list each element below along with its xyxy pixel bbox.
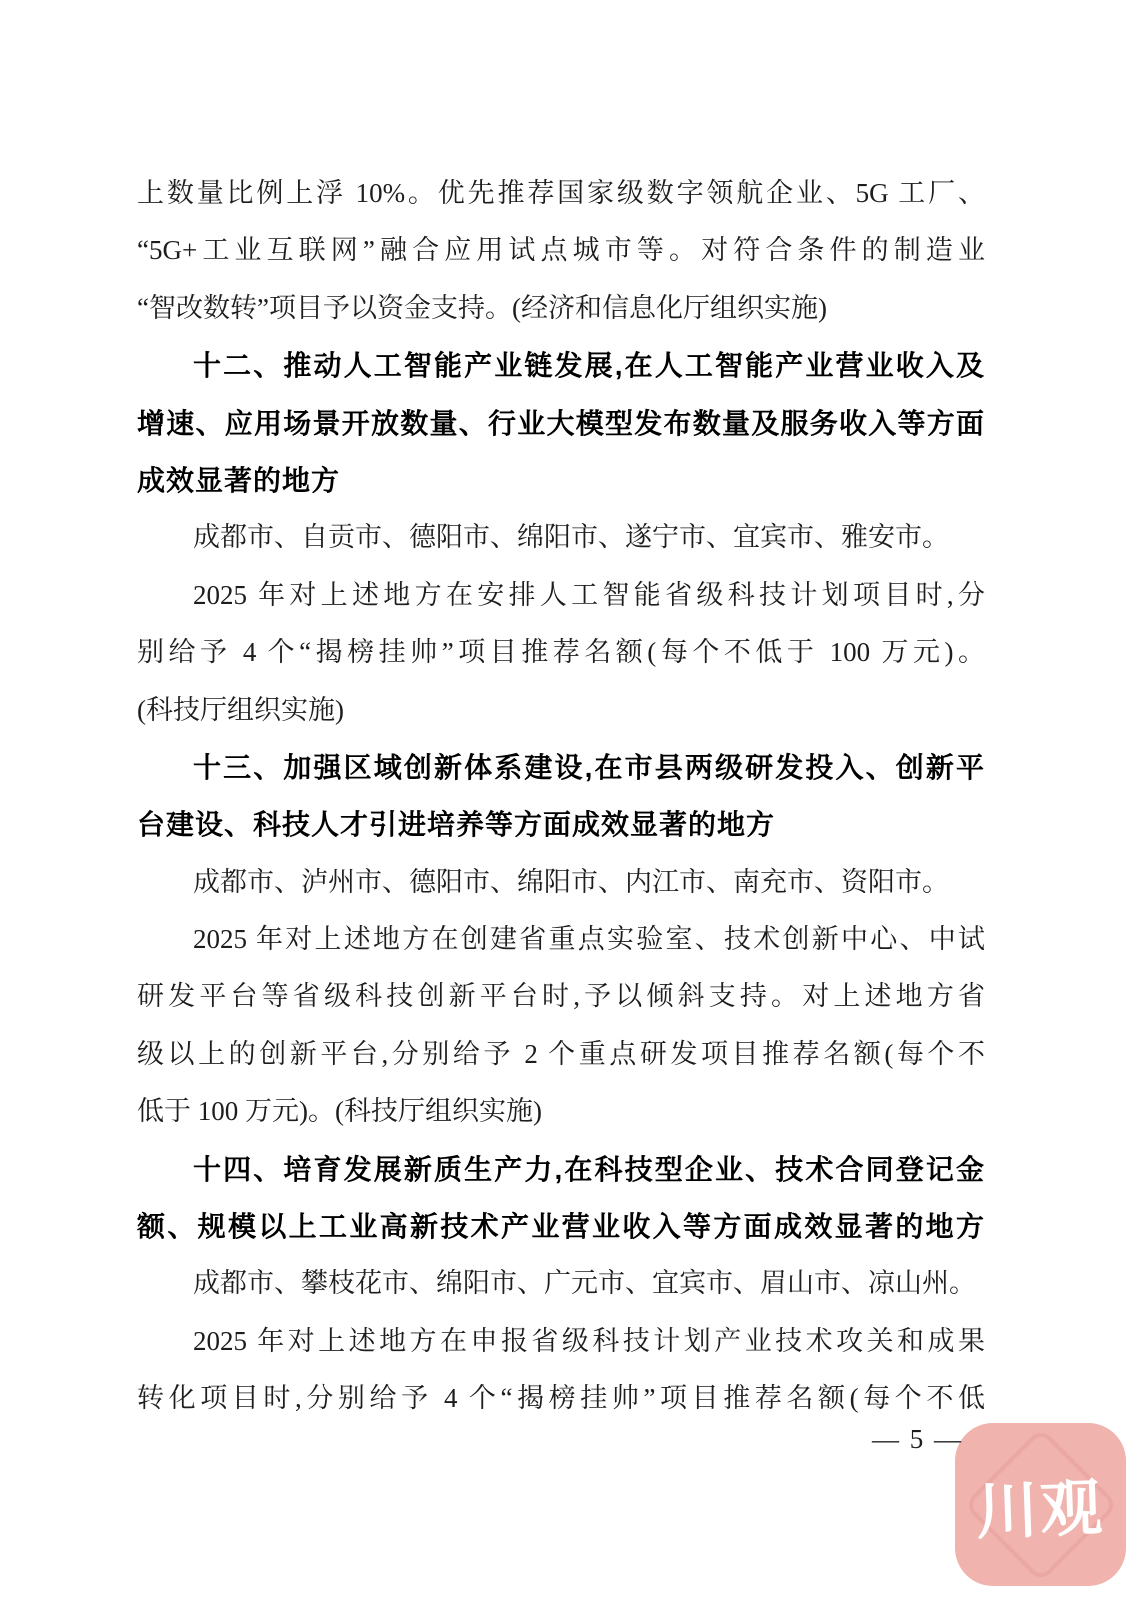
text-line: “智改数转”项目予以资金支持。(经济和信息化厅组织实施) (137, 280, 985, 337)
page-number: — 5 — (872, 1424, 963, 1455)
text-line: 转化项目时,分别给予 4 个“揭榜挂帅”项目推荐名额(每个不低 (137, 1370, 985, 1427)
text-line: 级以上的创新平台,分别给予 2 个重点研发项目推荐名额(每个不 (137, 1026, 985, 1083)
text-line: 别给予 4 个“揭榜挂帅”项目推荐名额(每个不低于 100 万元)。 (137, 624, 985, 681)
heading-line: 台建设、科技人才引进培养等方面成效显著的地方 (137, 796, 985, 853)
text-line: 成都市、泸州市、德阳市、绵阳市、内江市、南充市、资阳市。 (137, 854, 985, 911)
text-line: 上数量比例上浮 10%。优先推荐国家级数字领航企业、5G 工厂、 (137, 165, 985, 222)
chuanguan-logo-text: 川观 (975, 1458, 1106, 1551)
text-line: 2025 年对上述地方在安排人工智能省级科技计划项目时,分 (137, 567, 985, 624)
heading-line: 十三、加强区域创新体系建设,在市县两级研发投入、创新平 (137, 739, 985, 796)
document-page: 上数量比例上浮 10%。优先推荐国家级数字领航企业、5G 工厂、“5G+工业互联… (0, 0, 1131, 1600)
text-line: 低于 100 万元)。(科技厅组织实施) (137, 1083, 985, 1140)
text-line: 2025 年对上述地方在申报省级科技计划产业技术攻关和成果 (137, 1313, 985, 1370)
heading-line: 增速、应用场景开放数量、行业大模型发布数量及服务收入等方面 (137, 395, 985, 452)
text-line: 2025 年对上述地方在创建省重点实验室、技术创新中心、中试 (137, 911, 985, 968)
text-line: 成都市、自贡市、德阳市、绵阳市、遂宁市、宜宾市、雅安市。 (137, 509, 985, 566)
text-line: 成都市、攀枝花市、绵阳市、广元市、宜宾市、眉山市、凉山州。 (137, 1255, 985, 1312)
heading-line: 十四、培育发展新质生产力,在科技型企业、技术合同登记金 (137, 1141, 985, 1198)
heading-line: 额、规模以上工业高新技术产业营业收入等方面成效显著的地方 (137, 1198, 985, 1255)
text-line: “5G+工业互联网”融合应用试点城市等。对符合条件的制造业 (137, 222, 985, 279)
text-line: (科技厅组织实施) (137, 682, 985, 739)
text-line: 研发平台等省级科技创新平台时,予以倾斜支持。对上述地方省 (137, 968, 985, 1025)
heading-line: 成效显著的地方 (137, 452, 985, 509)
chuanguan-logo: 川观 (955, 1423, 1126, 1586)
heading-line: 十二、推动人工智能产业链发展,在人工智能产业营业收入及 (137, 337, 985, 394)
document-body: 上数量比例上浮 10%。优先推荐国家级数字领航企业、5G 工厂、“5G+工业互联… (137, 165, 985, 1428)
